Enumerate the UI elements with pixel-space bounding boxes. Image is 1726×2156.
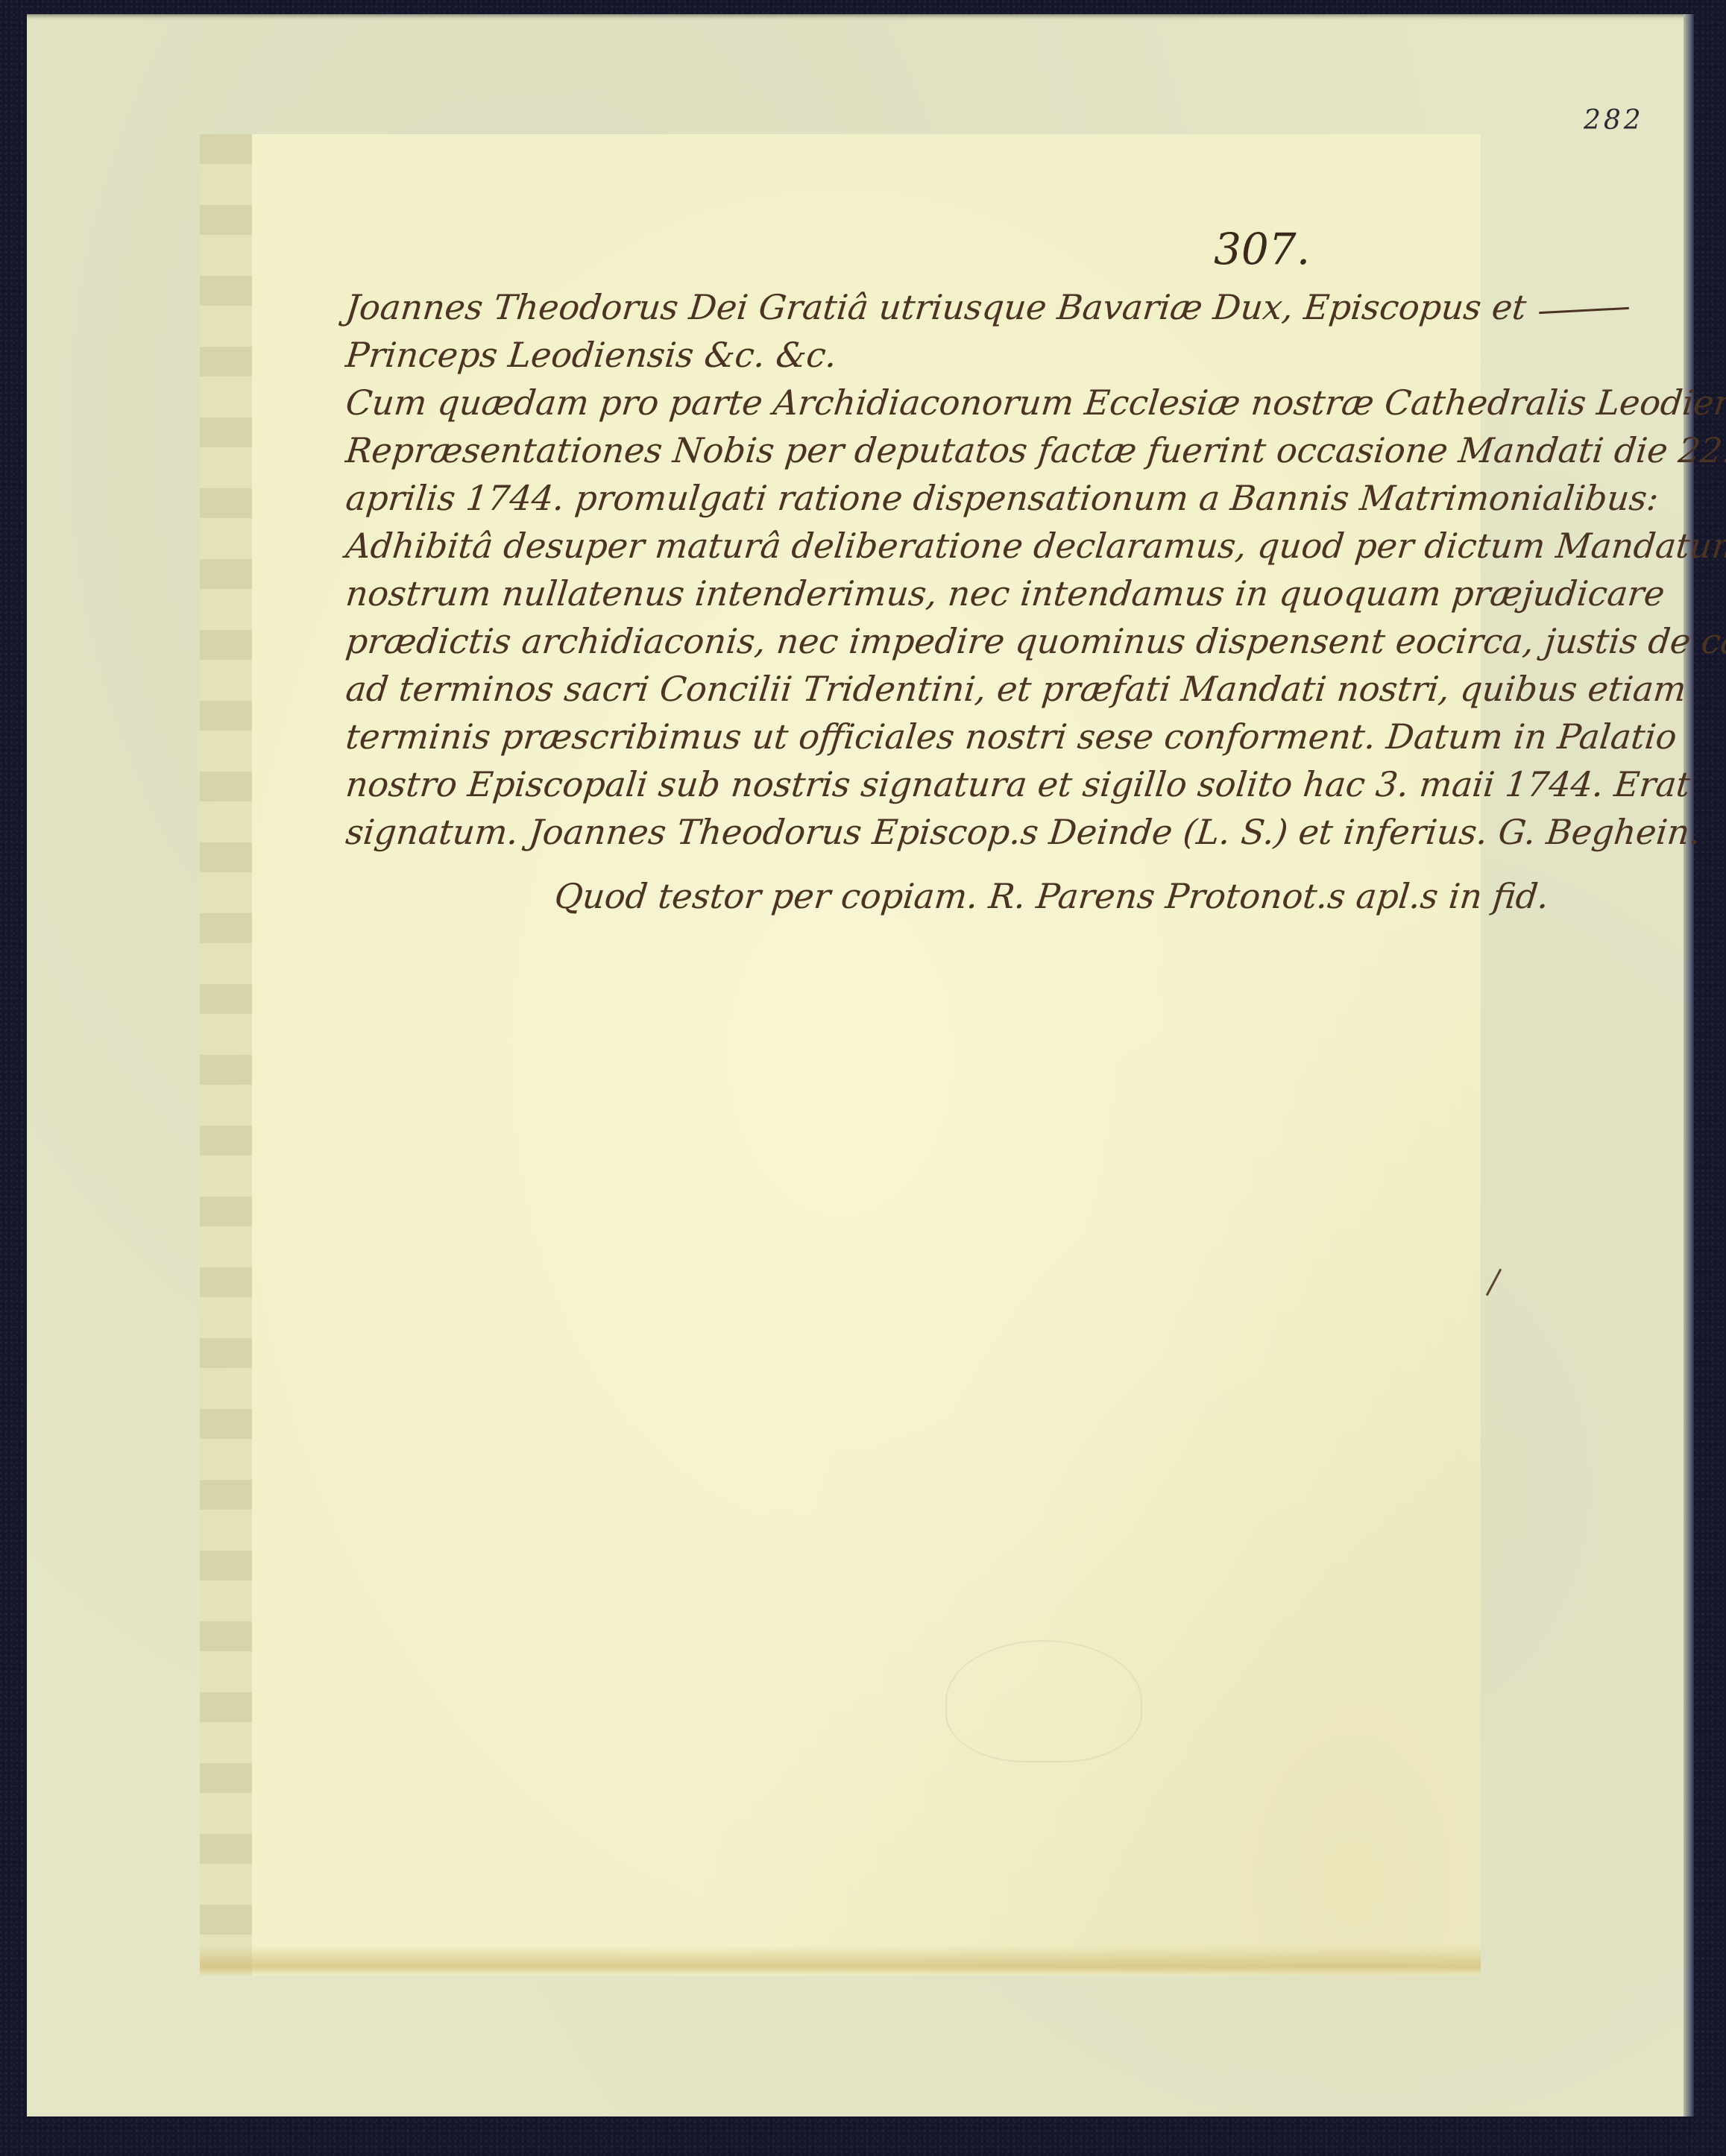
text-line-6: Adhibitâ desuper maturâ deliberatione de… [344,522,1408,570]
text-line-5: aprilis 1744. promulgati ratione dispens… [344,474,1408,522]
text-line-9: ad terminos sacri Concilii Tridentini, e… [344,665,1408,713]
text-line-8: prædictis archidiaconis, nec impedire qu… [344,617,1408,665]
text-line-1: Joannes Theodorus Dei Gratiâ utriusque B… [344,283,1408,331]
text-line-10: terminis præscribimus ut officiales nost… [344,713,1408,760]
manuscript-leaf: 307. Joannes Theodorus Dei Gratiâ utrius… [200,134,1481,1976]
text-line-12: signatum. Joannes Theodorus Episcop.s De… [344,808,1408,856]
attestation-line: Quod testor per copiam. R. Parens Proton… [344,872,1408,920]
manuscript-text: Joannes Theodorus Dei Gratiâ utriusque B… [346,283,1405,920]
leaf-bottom-stain [200,1946,1481,1976]
backing-sheet-edge [1684,14,1694,2116]
text-line-7: nostrum nullatenus intenderimus, nec int… [344,570,1408,617]
archive-folio-number: 282 [1584,105,1644,136]
page-number: 307. [1214,224,1310,274]
text-line-3: Cum quædam pro parte Archidiaconorum Ecc… [344,379,1408,426]
scan-frame: 282 307. Joannes Theodorus Dei Gratiâ ut… [0,0,1726,2156]
text-line-4: Repræsentationes Nobis per deputatos fac… [344,426,1408,474]
leaf-binding-edge [200,134,252,1976]
paper-watermark [945,1640,1142,1762]
heading-line-1: Joannes Theodorus Dei Gratiâ utriusque B… [344,287,1528,327]
text-line-11: nostro Episcopali sub nostris signatura … [344,760,1408,808]
text-line-2: Princeps Leodiensis &c. &c. [344,331,1408,379]
